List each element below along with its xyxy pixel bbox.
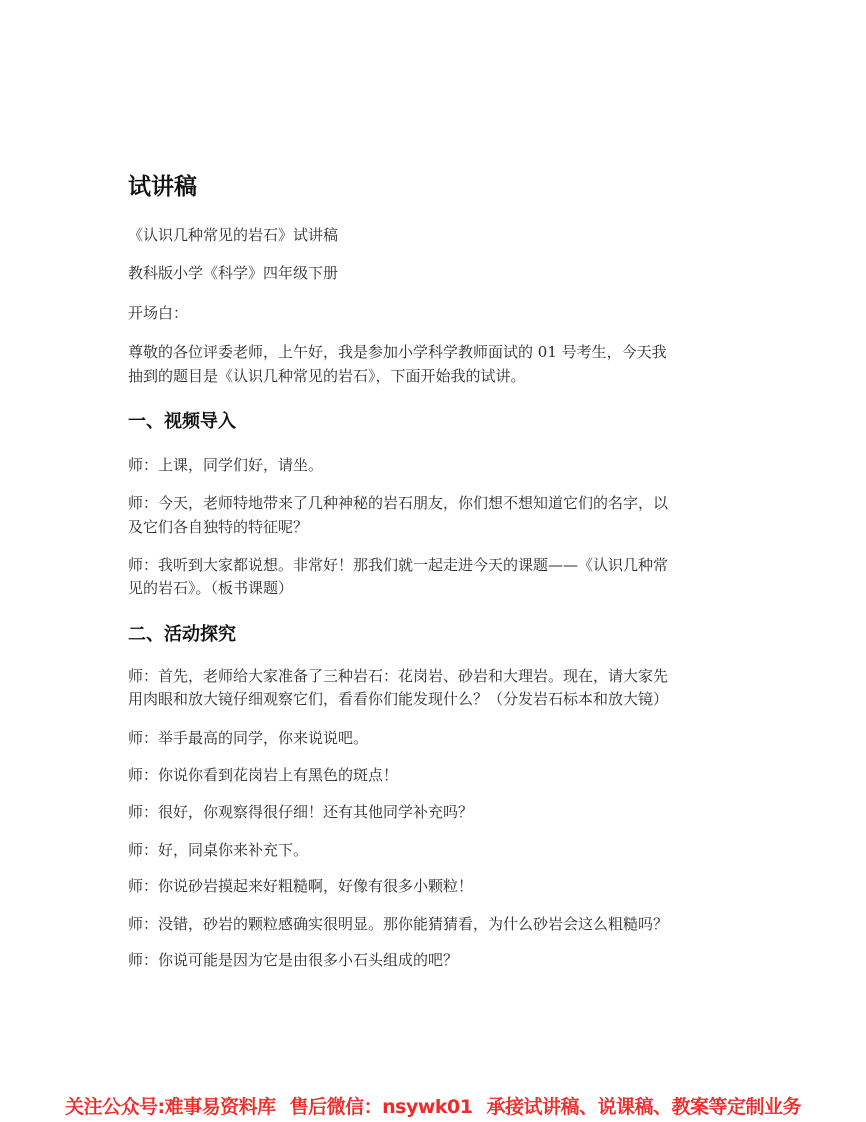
dialogue-line: 师：你说可能是因为它是由很多小石头组成的吧？ <box>128 948 458 973</box>
section-heading: 二、活动探究 <box>128 620 236 646</box>
dialogue-line: 师：举手最高的同学，你来说说吧。 <box>128 726 368 751</box>
promo-footer-banner: 关注公众号:难事易资料库售后微信：nsywk01承接试讲稿、说课稿、教案等定制业… <box>0 1092 866 1119</box>
dialogue-line: 师：你说你看到花岗岩上有黑色的斑点！ <box>128 763 398 788</box>
dialogue-line: 师：很好，你观察得很仔细！还有其他同学补充吗？ <box>128 800 473 825</box>
paragraph-line: 尊敬的各位评委老师，上午好，我是参加小学科学教师面试的 01 号考生，今天我 <box>128 340 667 365</box>
dialogue-line: 师：上课，同学们好，请坐。 <box>128 453 323 478</box>
footer-wechat: 售后微信：nsywk01 <box>290 1096 473 1118</box>
dialogue-line: 师：你说砂岩摸起来好粗糙啊，好像有很多小颗粒！ <box>128 874 473 899</box>
opening-label: 开场白： <box>128 301 188 326</box>
dialogue-line: 见的岩石》。（板书课题） <box>128 576 293 601</box>
paragraph-line: 抽到的题目是《认识几种常见的岩石》，下面开始我的试讲。 <box>128 364 526 389</box>
dialogue-line: 师：没错，砂岩的颗粒感确实很明显。那你能猜猜看，为什么砂岩会这么粗糙吗？ <box>128 912 668 937</box>
dialogue-line: 师：首先，老师给大家准备了三种岩石：花岗岩、砂岩和大理岩。现在，请大家先 <box>128 664 668 689</box>
dialogue-line: 及它们各自独特的特征呢？ <box>128 515 308 540</box>
document-title: 试讲稿 <box>128 168 197 201</box>
dialogue-line: 师：我听到大家都说想。非常好！那我们就一起走进今天的课题——《认识几种常 <box>128 553 668 578</box>
footer-services: 承接试讲稿、说课稿、教案等定制业务 <box>486 1096 801 1118</box>
dialogue-line: 用肉眼和放大镜仔细观察它们，看看你们能发现什么？（分发岩石标本和放大镜） <box>128 687 668 712</box>
footer-account: 关注公众号:难事易资料库 <box>65 1096 276 1118</box>
dialogue-line: 师：好，同桌你来补充下。 <box>128 838 308 863</box>
dialogue-line: 师：今天，老师特地带来了几种神秘的岩石朋友，你们想不想知道它们的名字，以 <box>128 491 668 516</box>
textbook-info: 教科版小学《科学》四年级下册 <box>128 261 338 286</box>
section-heading: 一、视频导入 <box>128 407 236 433</box>
lesson-subtitle: 《认识几种常见的岩石》试讲稿 <box>128 223 338 248</box>
